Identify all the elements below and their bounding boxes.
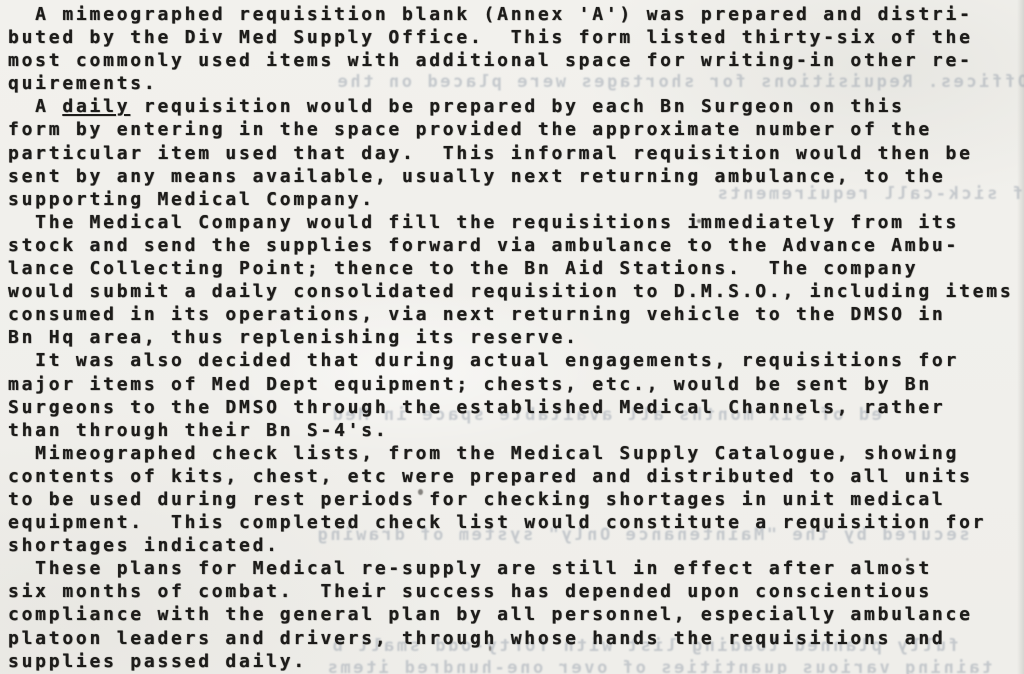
text-line: lance Collecting Point; thence to the Bn… (8, 257, 1024, 280)
text-line: would submit a daily consolidated requis… (8, 280, 1024, 303)
line-segment: requisition would be prepared by each Bn… (130, 96, 904, 117)
line-segment: A (8, 96, 62, 117)
text-line: Surgeons to the DMSO through the establi… (8, 396, 1024, 419)
text-line: to be used during rest periods for check… (8, 488, 1024, 511)
text-line: supporting Medical Company. (8, 188, 1024, 211)
ink-speck (300, 38, 303, 41)
text-line: It was also decided that during actual e… (8, 349, 1024, 372)
text-line: buted by the Div Med Supply Office. This… (8, 26, 1024, 49)
text-line: supplies passed daily. (8, 650, 1024, 673)
text-line: six months of combat. Their success has … (8, 580, 1024, 603)
ink-speck (906, 558, 909, 561)
text-line: A daily requisition would be prepared by… (8, 95, 1024, 118)
text-line: form by entering in the space provided t… (8, 118, 1024, 141)
text-line: stock and send the supplies forward via … (8, 234, 1024, 257)
text-line: contents of kits, chest, etc were prepar… (8, 465, 1024, 488)
scanned-document-page: Offices. Requisitions for shortages were… (0, 0, 1024, 674)
text-line: platoon leaders and drivers, through who… (8, 627, 1024, 650)
text-line: quirements. (8, 72, 1024, 95)
ink-speck (418, 489, 423, 495)
ink-speck (489, 646, 491, 651)
text-line: consumed in its operations, via next ret… (8, 303, 1024, 326)
text-line: compliance with the general plan by all … (8, 603, 1024, 626)
text-line: sent by any means available, usually nex… (8, 165, 1024, 188)
text-line: equipment. This completed check list wou… (8, 511, 1024, 534)
document-text: A mimeographed requisition blank (Annex … (0, 0, 1024, 674)
ink-speck (697, 219, 701, 223)
underlined-word: daily (62, 96, 130, 117)
text-line: major items of Med Dept equipment; chest… (8, 373, 1024, 396)
text-line: These plans for Medical re-supply are st… (8, 557, 1024, 580)
text-line: The Medical Company would fill the requi… (8, 211, 1024, 234)
text-line: Mimeographed check lists, from the Medic… (8, 442, 1024, 465)
text-line: Bn Hq area, thus replenishing its reserv… (8, 326, 1024, 349)
text-line: than through their Bn S-4's. (8, 419, 1024, 442)
text-line: particular item used that day. This info… (8, 142, 1024, 165)
text-line: shortages indicated. (8, 534, 1024, 557)
text-line: A mimeographed requisition blank (Annex … (8, 3, 1024, 26)
text-line: most commonly used items with additional… (8, 49, 1024, 72)
